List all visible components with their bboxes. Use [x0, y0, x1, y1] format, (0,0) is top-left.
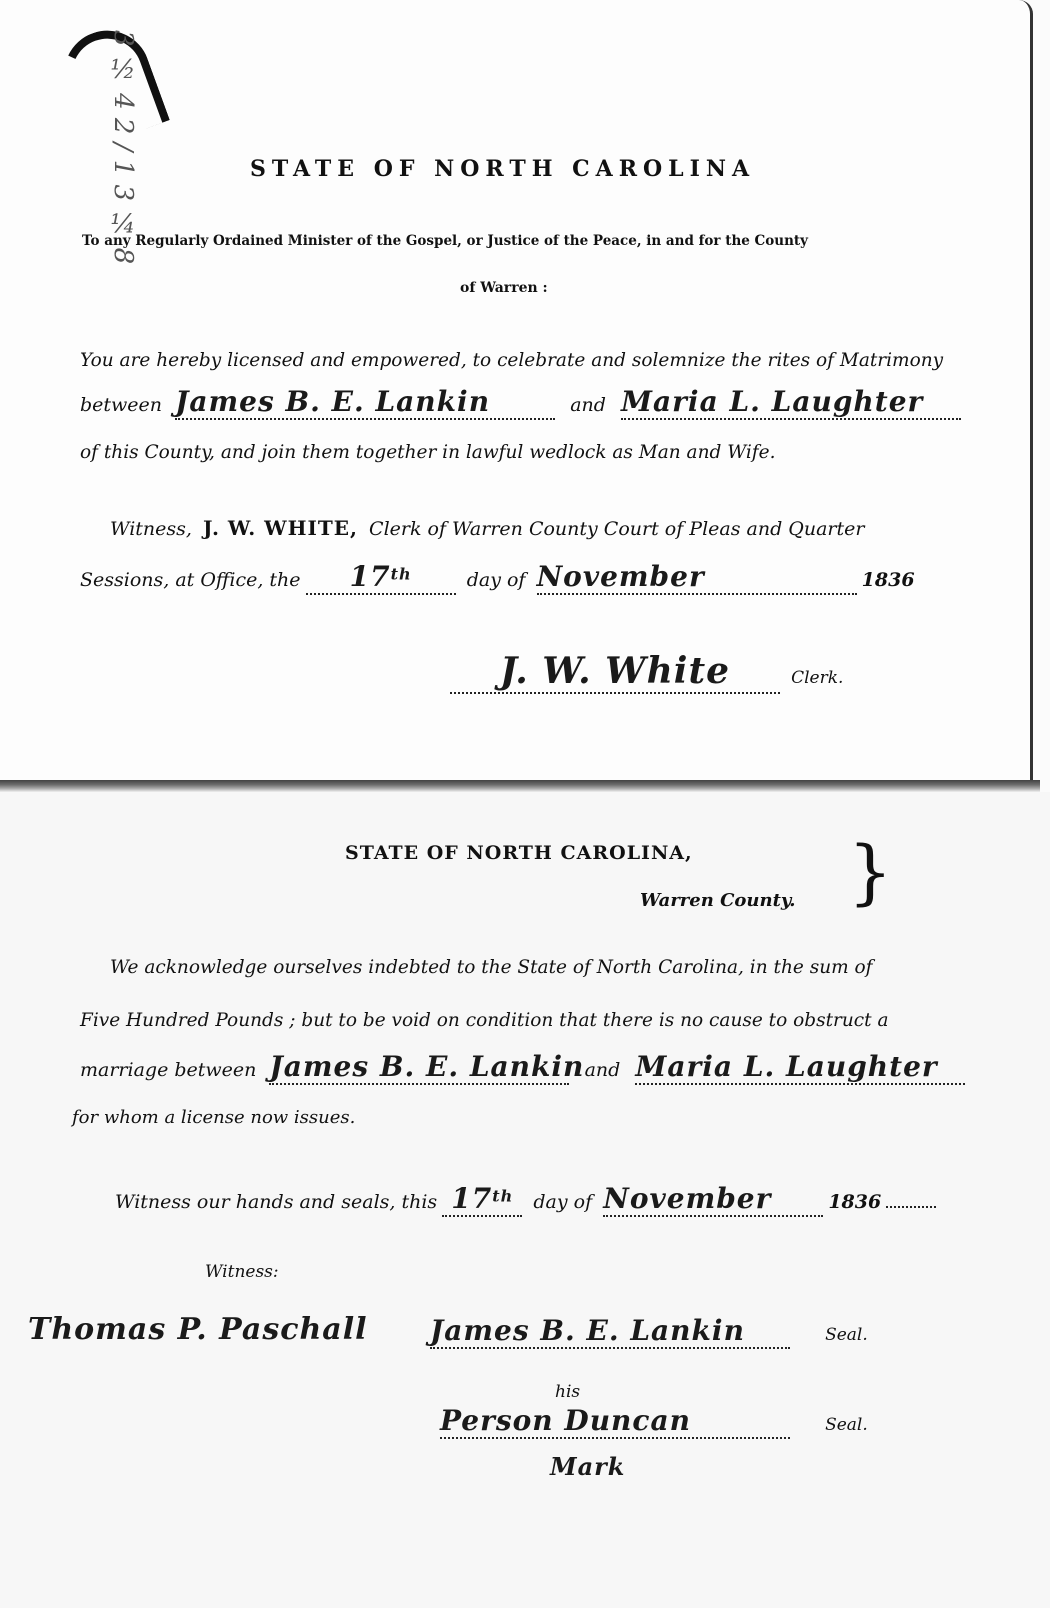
bond-day-suffix: th	[492, 1187, 513, 1206]
page-fold-divider	[0, 780, 1040, 792]
bond-bride-name: Maria L. Laughter	[635, 1050, 937, 1083]
witness-label: Witness,	[110, 518, 192, 540]
license-groom-name: James B. E. Lankin	[175, 385, 490, 418]
clerk-label: Clerk.	[791, 668, 843, 688]
signer2-signature: Person Duncan	[440, 1404, 691, 1437]
margin-notes: 3 ½ 4 2 / 1 3 ¼ 8	[108, 30, 138, 264]
bond-day-of-label: day of	[533, 1191, 592, 1213]
bond-day: 17	[451, 1182, 492, 1215]
brace-icon: }	[848, 837, 893, 907]
mark-his-label: his	[555, 1382, 580, 1402]
witness-hands-text: Witness our hands and seals, this	[115, 1191, 437, 1213]
license-day: 17	[350, 560, 391, 593]
bond-groom-name: James B. E. Lankin	[269, 1050, 584, 1083]
license-heading: STATE OF NORTH CAROLINA	[250, 156, 755, 182]
license-address-line1: To any Regularly Ordained Minister of th…	[82, 233, 808, 249]
bond-date-line: Witness our hands and seals, this 17th d…	[115, 1182, 936, 1217]
scanned-document: 3 ½ 4 2 / 1 3 ¼ 8 STATE OF NORTH CAROLIN…	[0, 0, 1050, 1608]
license-names-line: between James B. E. Lankin and Maria L. …	[80, 385, 940, 420]
license-address-line2: of Warren :	[460, 280, 548, 296]
bond-witness-label: Witness:	[205, 1262, 279, 1282]
bond-body-line1: We acknowledge ourselves indebted to the…	[110, 957, 873, 978]
license-witness-line: Witness, J. W. WHITE, Clerk of Warren Co…	[110, 516, 864, 540]
license-body-line1: You are hereby licensed and empowered, t…	[80, 350, 943, 371]
marriage-license-section: 3 ½ 4 2 / 1 3 ¼ 8 STATE OF NORTH CAROLIN…	[0, 0, 1033, 780]
clerk-signature-line: J. W. White Clerk.	[450, 650, 843, 694]
bond-year: 1836	[828, 1191, 881, 1213]
clerk-printed-name: J. W. WHITE,	[203, 516, 358, 540]
bond-body-line2: Five Hundred Pounds ; but to be void on …	[80, 1010, 889, 1031]
marriage-between-label: marriage between	[80, 1059, 256, 1081]
license-month: November	[537, 560, 705, 593]
clerk-title-line: Clerk of Warren County Court of Pleas an…	[369, 518, 864, 540]
signer1-line: James B. E. Lankin Seal.	[430, 1314, 868, 1349]
license-bride-name: Maria L. Laughter	[621, 385, 923, 418]
bond-county: Warren County.	[640, 890, 796, 911]
marriage-bond-section: STATE OF NORTH CAROLINA, Warren County. …	[0, 792, 1050, 1608]
seal1-label: Seal.	[825, 1325, 868, 1345]
bond-and-label: and	[585, 1059, 621, 1081]
license-day-suffix: th	[391, 565, 412, 584]
license-year: 1836	[862, 569, 915, 591]
signer1-signature: James B. E. Lankin	[430, 1314, 745, 1347]
license-date-line: Sessions, at Office, the 17th day of Nov…	[80, 560, 915, 595]
witness-signature: Thomas P. Paschall	[28, 1312, 368, 1347]
bond-body-line4: for whom a license now issues.	[72, 1107, 355, 1128]
seal2-label: Seal.	[825, 1415, 868, 1435]
sessions-text: Sessions, at Office, the	[80, 569, 301, 591]
clerk-signature: J. W. White	[500, 650, 730, 692]
bond-heading: STATE OF NORTH CAROLINA,	[345, 842, 693, 864]
between-label: between	[80, 394, 162, 416]
day-of-label: day of	[467, 569, 526, 591]
and-label: and	[570, 394, 606, 416]
mark-label: Mark	[550, 1452, 625, 1481]
bond-month: November	[603, 1182, 771, 1215]
bond-names-line: marriage between James B. E. Lankin and …	[80, 1050, 940, 1085]
signer2-line: Person Duncan Seal.	[440, 1404, 868, 1439]
license-body-line3: of this County, and join them together i…	[80, 442, 775, 463]
